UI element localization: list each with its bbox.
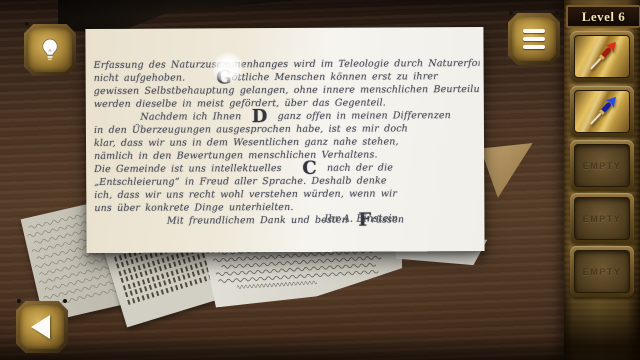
slot-face [574,90,630,133]
dart-icon [580,35,624,78]
letter-line: Mit freundlichem Dank und besten Früssen [94,209,480,224]
button-face [512,17,556,61]
game-scene: Erfassung des Naturzusammenhanges wird i… [0,0,640,360]
slot-face [574,35,630,78]
inventory-slot-empty-3[interactable]: EMPTY [570,246,634,297]
empty-slot-label: EMPTY [583,214,622,224]
level-label: Level 6 [582,9,626,25]
screw-dot [25,22,29,26]
back-arrow-icon [31,315,50,339]
screw-dot [17,299,21,303]
letter-line: Nachdem ich Ihnen D ganz offen in meinen… [94,105,480,120]
dart-icon [580,90,624,133]
back-button[interactable] [16,301,68,353]
empty-slot-label: EMPTY [583,161,622,171]
letter-signature: Ihr A. Einstein. [324,213,401,224]
tap-indicator [212,52,244,84]
envelope-paper[interactable] [477,143,535,199]
letter-body: Erfassung des Naturzusammenhanges wird i… [94,53,481,253]
inventory-slot-red-dart[interactable] [570,31,634,82]
menu-icon [523,29,545,50]
screw-dot [555,11,559,15]
button-face [20,305,64,349]
zoomed-letter[interactable]: Erfassung des Naturzusammenhanges wird i… [85,27,484,253]
screw-dot [71,22,75,26]
slot-face: EMPTY [574,144,630,187]
hint-button[interactable] [24,24,76,76]
inventory-slot-empty-2[interactable]: EMPTY [570,193,634,244]
letter-line: gewissen Selbstbehauptung gelangen, ohne… [94,79,480,94]
empty-slot-label: EMPTY [583,267,622,277]
menu-button[interactable] [508,13,560,65]
inventory-slot-blue-dart[interactable] [570,86,634,137]
screw-dot [63,299,67,303]
level-badge: Level 6 [566,5,640,28]
inventory-slot-empty-1[interactable]: EMPTY [570,140,634,191]
slot-face: EMPTY [574,250,630,293]
screw-dot [509,11,513,15]
lightbulb-icon [36,36,64,64]
button-face [28,28,72,72]
slot-face: EMPTY [574,197,630,240]
